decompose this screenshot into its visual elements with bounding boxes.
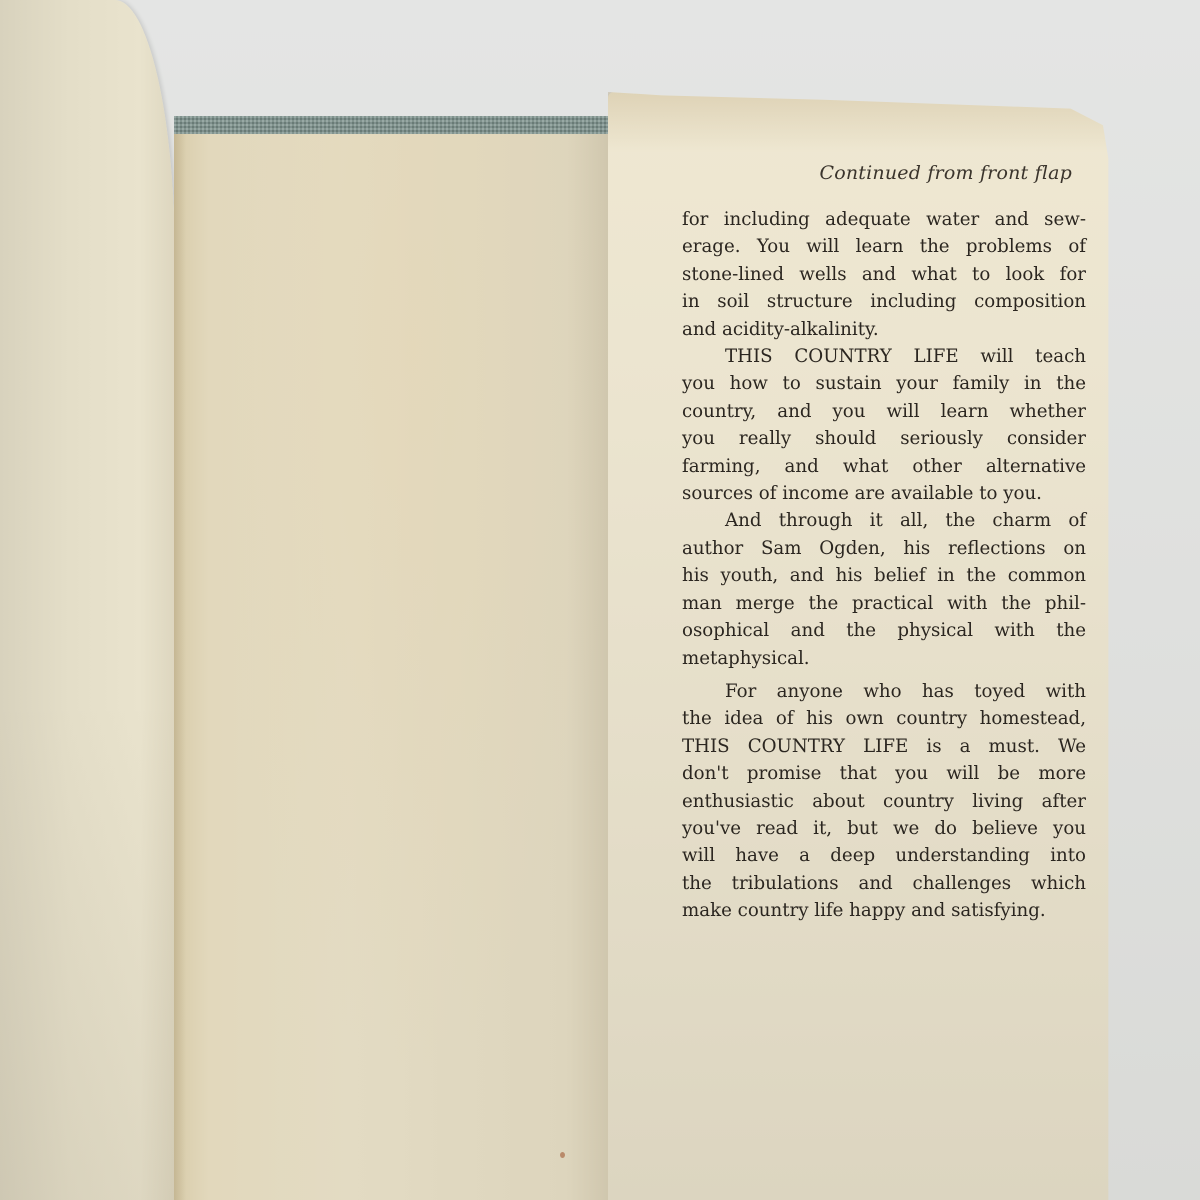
paper-spot <box>560 1152 565 1158</box>
text-line: author Sam Ogden, his reflections on <box>682 535 1086 562</box>
continued-header: Continued from front flap <box>682 162 1072 184</box>
text-line: will have a deep understanding into <box>682 842 1086 869</box>
text-line: enthusiastic about country living after <box>682 788 1086 815</box>
text-line: man merge the practical with the phil- <box>682 590 1086 617</box>
paragraph-1: for including adequate water and sew- er… <box>682 206 1086 343</box>
left-page-leaf <box>0 0 175 1200</box>
cloth-spine-strip <box>174 116 610 135</box>
text-line: the tribulations and challenges which <box>682 870 1086 897</box>
text-line: sources of income are available to you. <box>682 480 1086 507</box>
flap-text: Continued from front flap for including … <box>682 162 1086 925</box>
text-line: country, and you will learn whether <box>682 398 1086 425</box>
text-line: For anyone who has toyed with <box>682 678 1086 705</box>
text-line: for including adequate water and sew- <box>682 206 1086 233</box>
text-line: stone-lined wells and what to look for <box>682 261 1086 288</box>
endpaper <box>174 134 610 1200</box>
paragraph-4: For anyone who has toyed with the idea o… <box>682 678 1086 925</box>
text-line: and acidity-alkalinity. <box>682 316 1086 343</box>
paragraph-3: And through it all, the charm of author … <box>682 507 1086 671</box>
text-line: you've read it, but we do believe you <box>682 815 1086 842</box>
text-line: And through it all, the charm of <box>682 507 1086 534</box>
text-line: THIS COUNTRY LIFE is a must. We <box>682 733 1086 760</box>
text-line: you really should seriously consider <box>682 425 1086 452</box>
text-line: make country life happy and satisfying. <box>682 897 1086 924</box>
flap-stain <box>608 92 1146 152</box>
text-line: farming, and what other alternative <box>682 453 1086 480</box>
paragraph-2: THIS COUNTRY LIFE will teach you how to … <box>682 343 1086 507</box>
text-line: his youth, and his belief in the common <box>682 562 1086 589</box>
text-line: in soil structure including composition <box>682 288 1086 315</box>
text-line: osophical and the physical with the <box>682 617 1086 644</box>
text-line: THIS COUNTRY LIFE will teach <box>682 343 1086 370</box>
photo-scene: Continued from front flap for including … <box>0 0 1200 1200</box>
text-line: erage. You will learn the problems of <box>682 233 1086 260</box>
text-line: don't promise that you will be more <box>682 760 1086 787</box>
text-line: metaphysical. <box>682 645 1086 672</box>
text-line: the idea of his own country homestead, <box>682 705 1086 732</box>
text-line: you how to sustain your family in the <box>682 370 1086 397</box>
